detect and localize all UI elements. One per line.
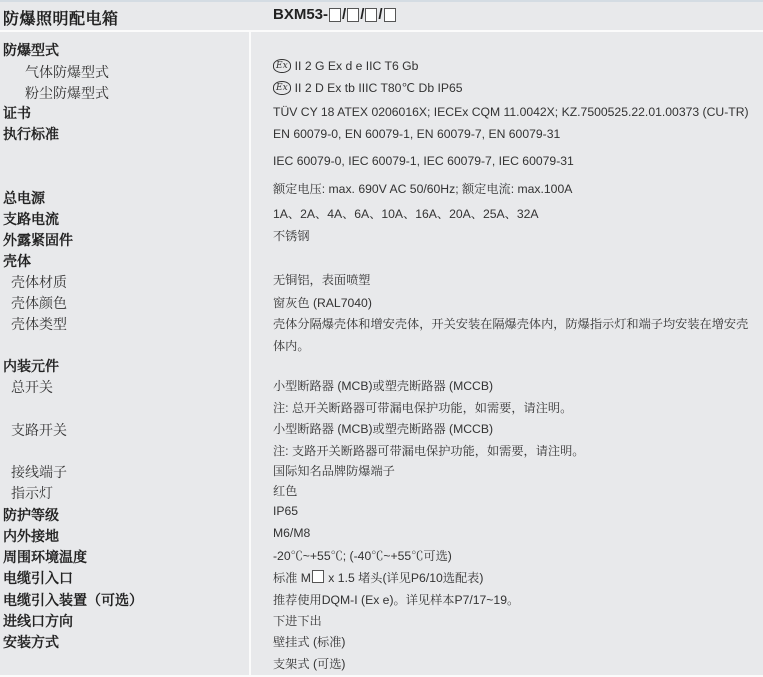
value-dust-type: ExII 2 D Ex tb IIIC T80℃ Db IP65 (273, 81, 463, 97)
label-entry-direction: 进线口方向 (3, 611, 73, 631)
model-placeholder-box-4 (384, 8, 396, 22)
value-main-power: 额定电压: max. 690V AC 50/60Hz; 额定电流: max.10… (273, 180, 572, 197)
label-standards: 执行标准 (3, 124, 59, 144)
value-mounting-standard: 壁挂式 (标准) (273, 633, 345, 650)
label-grounding: 内外接地 (3, 526, 59, 546)
label-enclosure: 壳体 (3, 251, 31, 271)
label-cable-gland: 电缆引入装置（可选） (3, 590, 143, 610)
value-enclosure-color: 窗灰色 (RAL7040) (273, 294, 372, 311)
value-entry-direction: 下进下出 (273, 612, 322, 629)
model-separator: / (342, 6, 346, 23)
label-explosion-type: 防爆型式 (3, 40, 59, 60)
label-components: 内装元件 (3, 356, 59, 376)
model-code: BXM53- / / / (273, 6, 397, 23)
note-main-switch: 注: 总开关断路器可带漏电保护功能，如需要，请注明。 (273, 399, 572, 416)
value-cable-entry: 标准 M x 1.5 堵头(详见P6/10选配表) (273, 569, 483, 586)
value-ambient-temp: -20℃~+55℃; (-40℃~+55℃可选) (273, 547, 452, 564)
value-fasteners: 不锈钢 (273, 227, 310, 244)
label-protection: 防护等级 (3, 505, 59, 525)
value-grounding: M6/M8 (273, 526, 310, 540)
value-protection: IP65 (273, 504, 298, 518)
label-branch-switch: 支路开关 (11, 420, 67, 440)
label-dust-type: 粉尘防爆型式 (25, 83, 109, 103)
model-separator: / (378, 6, 382, 23)
value-standards-en: EN 60079-0, EN 60079-1, EN 60079-7, EN 6… (273, 127, 560, 141)
label-terminals: 接线端子 (11, 462, 67, 482)
label-branch-current: 支路电流 (3, 209, 59, 229)
label-enclosure-color: 壳体颜色 (11, 293, 67, 313)
value-certificate: TÜV CY 18 ATEX 0206016X; IECEx CQM 11.00… (273, 105, 749, 119)
label-indicator: 指示灯 (11, 483, 53, 503)
value-mounting-optional: 支架式 (可选) (273, 655, 345, 672)
label-mounting: 安装方式 (3, 632, 59, 652)
label-enclosure-type: 壳体类型 (11, 314, 67, 334)
table-header: 防爆照明配电箱 BXM53- / / / (0, 2, 763, 30)
model-prefix: BXM53- (273, 6, 328, 23)
ex-marking-icon: Ex (273, 81, 291, 95)
value-terminals: 国际知名品牌防爆端子 (273, 462, 395, 479)
label-gas-type: 气体防爆型式 (25, 62, 109, 82)
label-main-power: 总电源 (3, 188, 45, 208)
value-branch-switch: 小型断路器 (MCB)或塑壳断路器 (MCCB) (273, 420, 493, 437)
value-branch-current: 1A、2A、4A、6A、10A、16A、20A、25A、32A (273, 205, 539, 222)
thread-size-placeholder-box (312, 570, 324, 583)
header-divider (0, 30, 763, 32)
model-placeholder-box-2 (347, 8, 359, 22)
model-placeholder-box-1 (329, 8, 341, 22)
value-main-switch: 小型断路器 (MCB)或塑壳断路器 (MCCB) (273, 377, 493, 394)
label-cable-entry: 电缆引入口 (3, 568, 73, 588)
model-separator: / (360, 6, 364, 23)
value-gas-type: ExII 2 G Ex d e IIC T6 Gb (273, 59, 418, 75)
label-enclosure-material: 壳体材质 (11, 272, 67, 292)
value-enclosure-material: 无铜铝，表面喷塑 (273, 271, 371, 288)
ex-marking-icon: Ex (273, 59, 291, 73)
value-enclosure-type: 壳体分隔爆壳体和增安壳体，开关安装在隔爆壳体内，防爆指示灯和端子均安装在增安壳体… (273, 313, 758, 357)
value-standards-iec: IEC 60079-0, IEC 60079-1, IEC 60079-7, I… (273, 154, 574, 168)
label-ambient-temp: 周围环境温度 (3, 547, 87, 567)
model-placeholder-box-3 (365, 8, 377, 22)
value-indicator: 红色 (273, 482, 297, 499)
label-certificate: 证书 (3, 103, 31, 123)
label-main-switch: 总开关 (11, 377, 53, 397)
value-cable-gland: 推荐使用DQM-I (Ex e)。详见样本P7/17~19。 (273, 591, 519, 608)
note-branch-switch: 注: 支路开关断路器可带漏电保护功能，如需要，请注明。 (273, 442, 584, 459)
column-divider (249, 32, 251, 677)
label-fasteners: 外露紧固件 (3, 230, 73, 250)
product-title: 防爆照明配电箱 (3, 6, 119, 29)
